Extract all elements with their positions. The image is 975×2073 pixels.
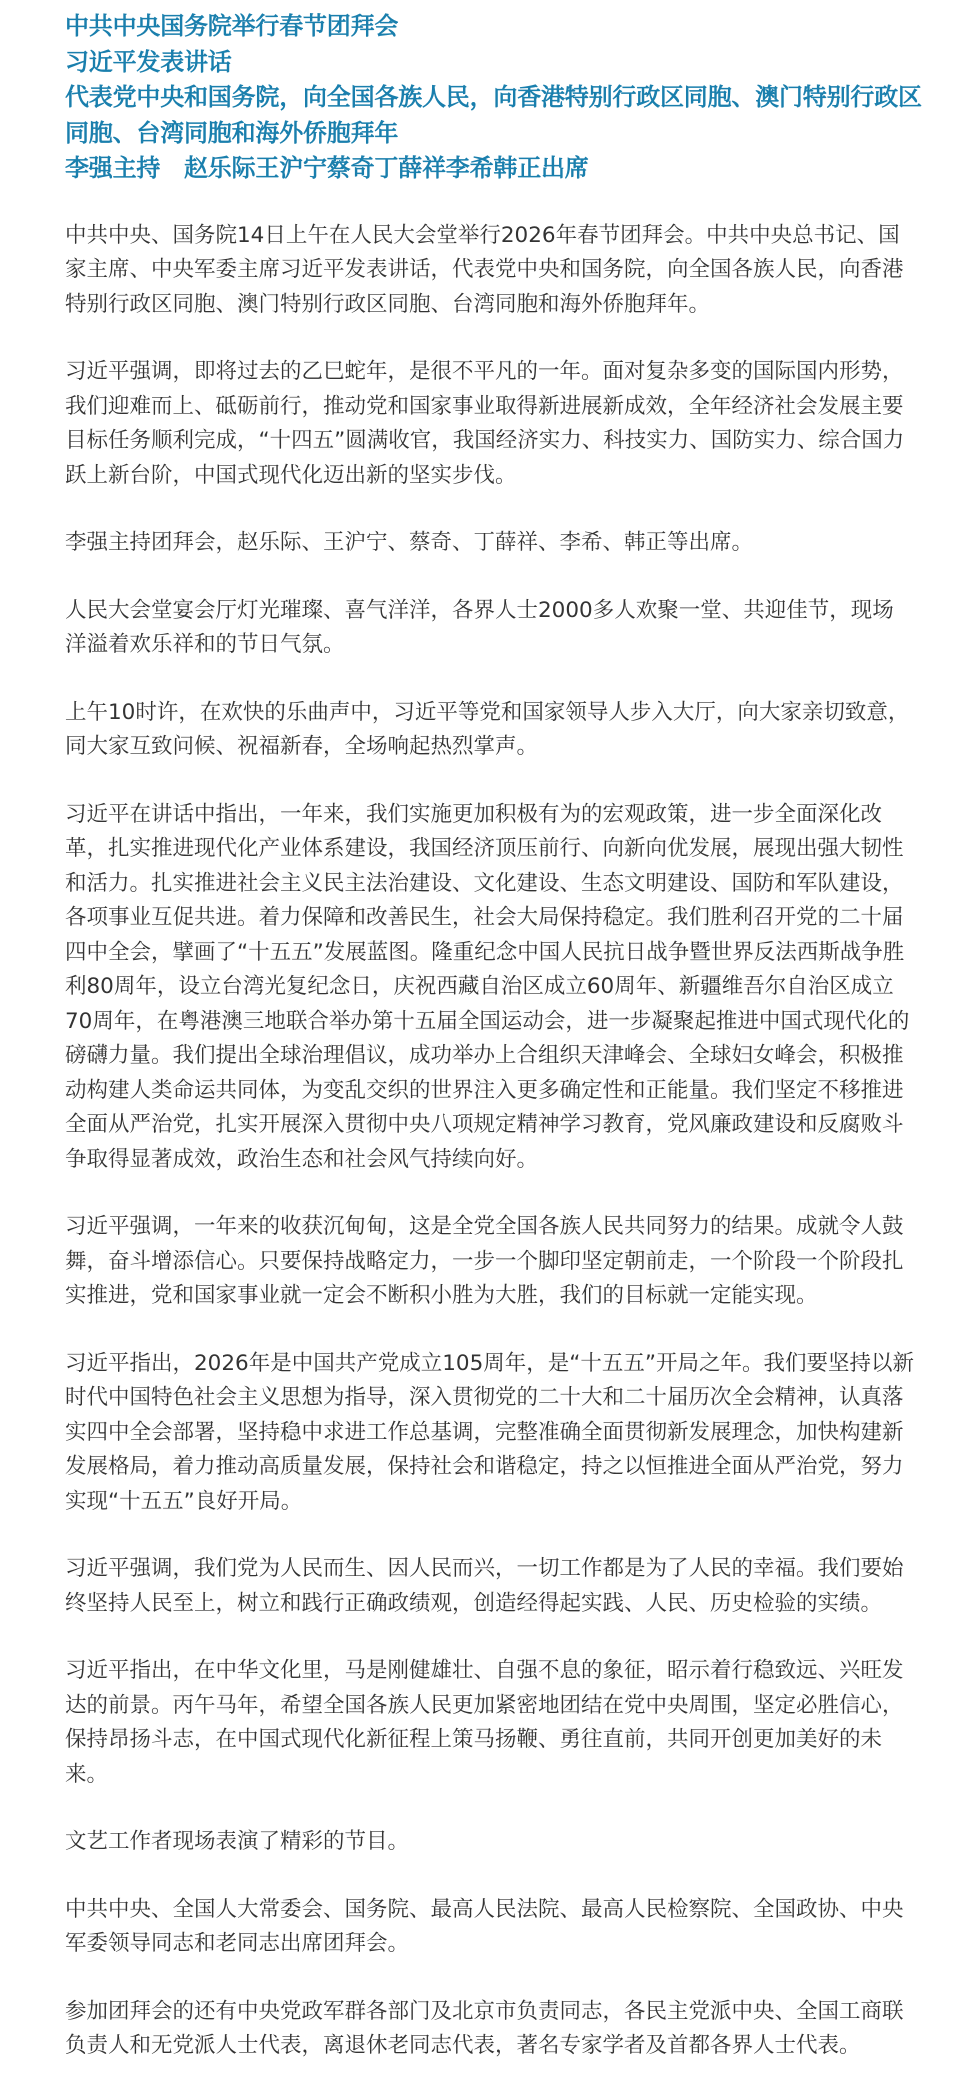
paragraph: 中共中央、国务院14日上午在人民大会堂举行2026年春节团拜会。中共中央总书记、…: [65, 219, 915, 323]
paragraph: 习近平指出，2026年是中国共产党成立105周年，是“十五五”开局之年。我们要坚…: [65, 1347, 915, 1520]
paragraph: 习近平指出，在中华文化里，马是刚健雄壮、自强不息的象征，昭示着行稳致远、兴旺发达…: [65, 1654, 915, 1792]
article-body: 中共中央、国务院14日上午在人民大会堂举行2026年春节团拜会。中共中央总书记、…: [65, 219, 915, 2064]
headline-subtitle-attendees: 李强主持 赵乐际王沪宁蔡奇丁薛祥李希韩正出席: [65, 151, 925, 187]
headline-subtitle-speech: 习近平发表讲话: [65, 45, 925, 81]
paragraph: 习近平强调，我们党为人民而生、因人民而兴，一切工作都是为了人民的幸福。我们要始终…: [65, 1552, 915, 1621]
paragraph: 上午10时许，在欢快的乐曲声中，习近平等党和国家领导人步入大厅，向大家亲切致意，…: [65, 696, 915, 765]
paragraph: 文艺工作者现场表演了精彩的节目。: [65, 1825, 915, 1860]
news-article: 中共中央国务院举行春节团拜会 习近平发表讲话 代表党中央和国务院，向全国各族人民…: [0, 0, 975, 2064]
paragraph: 习近平在讲话中指出，一年来，我们实施更加积极有为的宏观政策，进一步全面深化改革，…: [65, 798, 915, 1178]
headline-main-title: 中共中央国务院举行春节团拜会: [65, 9, 925, 45]
paragraph: 李强主持团拜会，赵乐际、王沪宁、蔡奇、丁薛祥、李希、韩正等出席。: [65, 526, 915, 561]
paragraph: 习近平强调，即将过去的乙巳蛇年，是很不平凡的一年。面对复杂多变的国际国内形势，我…: [65, 355, 915, 493]
paragraph: 习近平强调，一年来的收获沉甸甸，这是全党全国各族人民共同努力的结果。成就令人鼓舞…: [65, 1210, 915, 1314]
paragraph: 中共中央、全国人大常委会、国务院、最高人民法院、最高人民检察院、全国政协、中央军…: [65, 1893, 915, 1962]
article-headline: 中共中央国务院举行春节团拜会 习近平发表讲话 代表党中央和国务院，向全国各族人民…: [65, 9, 925, 187]
paragraph: 人民大会堂宴会厅灯光璀璨、喜气洋洋，各界人士2000多人欢聚一堂、共迎佳节，现场…: [65, 594, 915, 663]
paragraph: 参加团拜会的还有中央党政军群各部门及北京市负责同志，各民主党派中央、全国工商联负…: [65, 1995, 915, 2064]
headline-subtitle-greetings: 代表党中央和国务院，向全国各族人民，向香港特别行政区同胞、澳门特别行政区同胞、台…: [65, 80, 925, 151]
